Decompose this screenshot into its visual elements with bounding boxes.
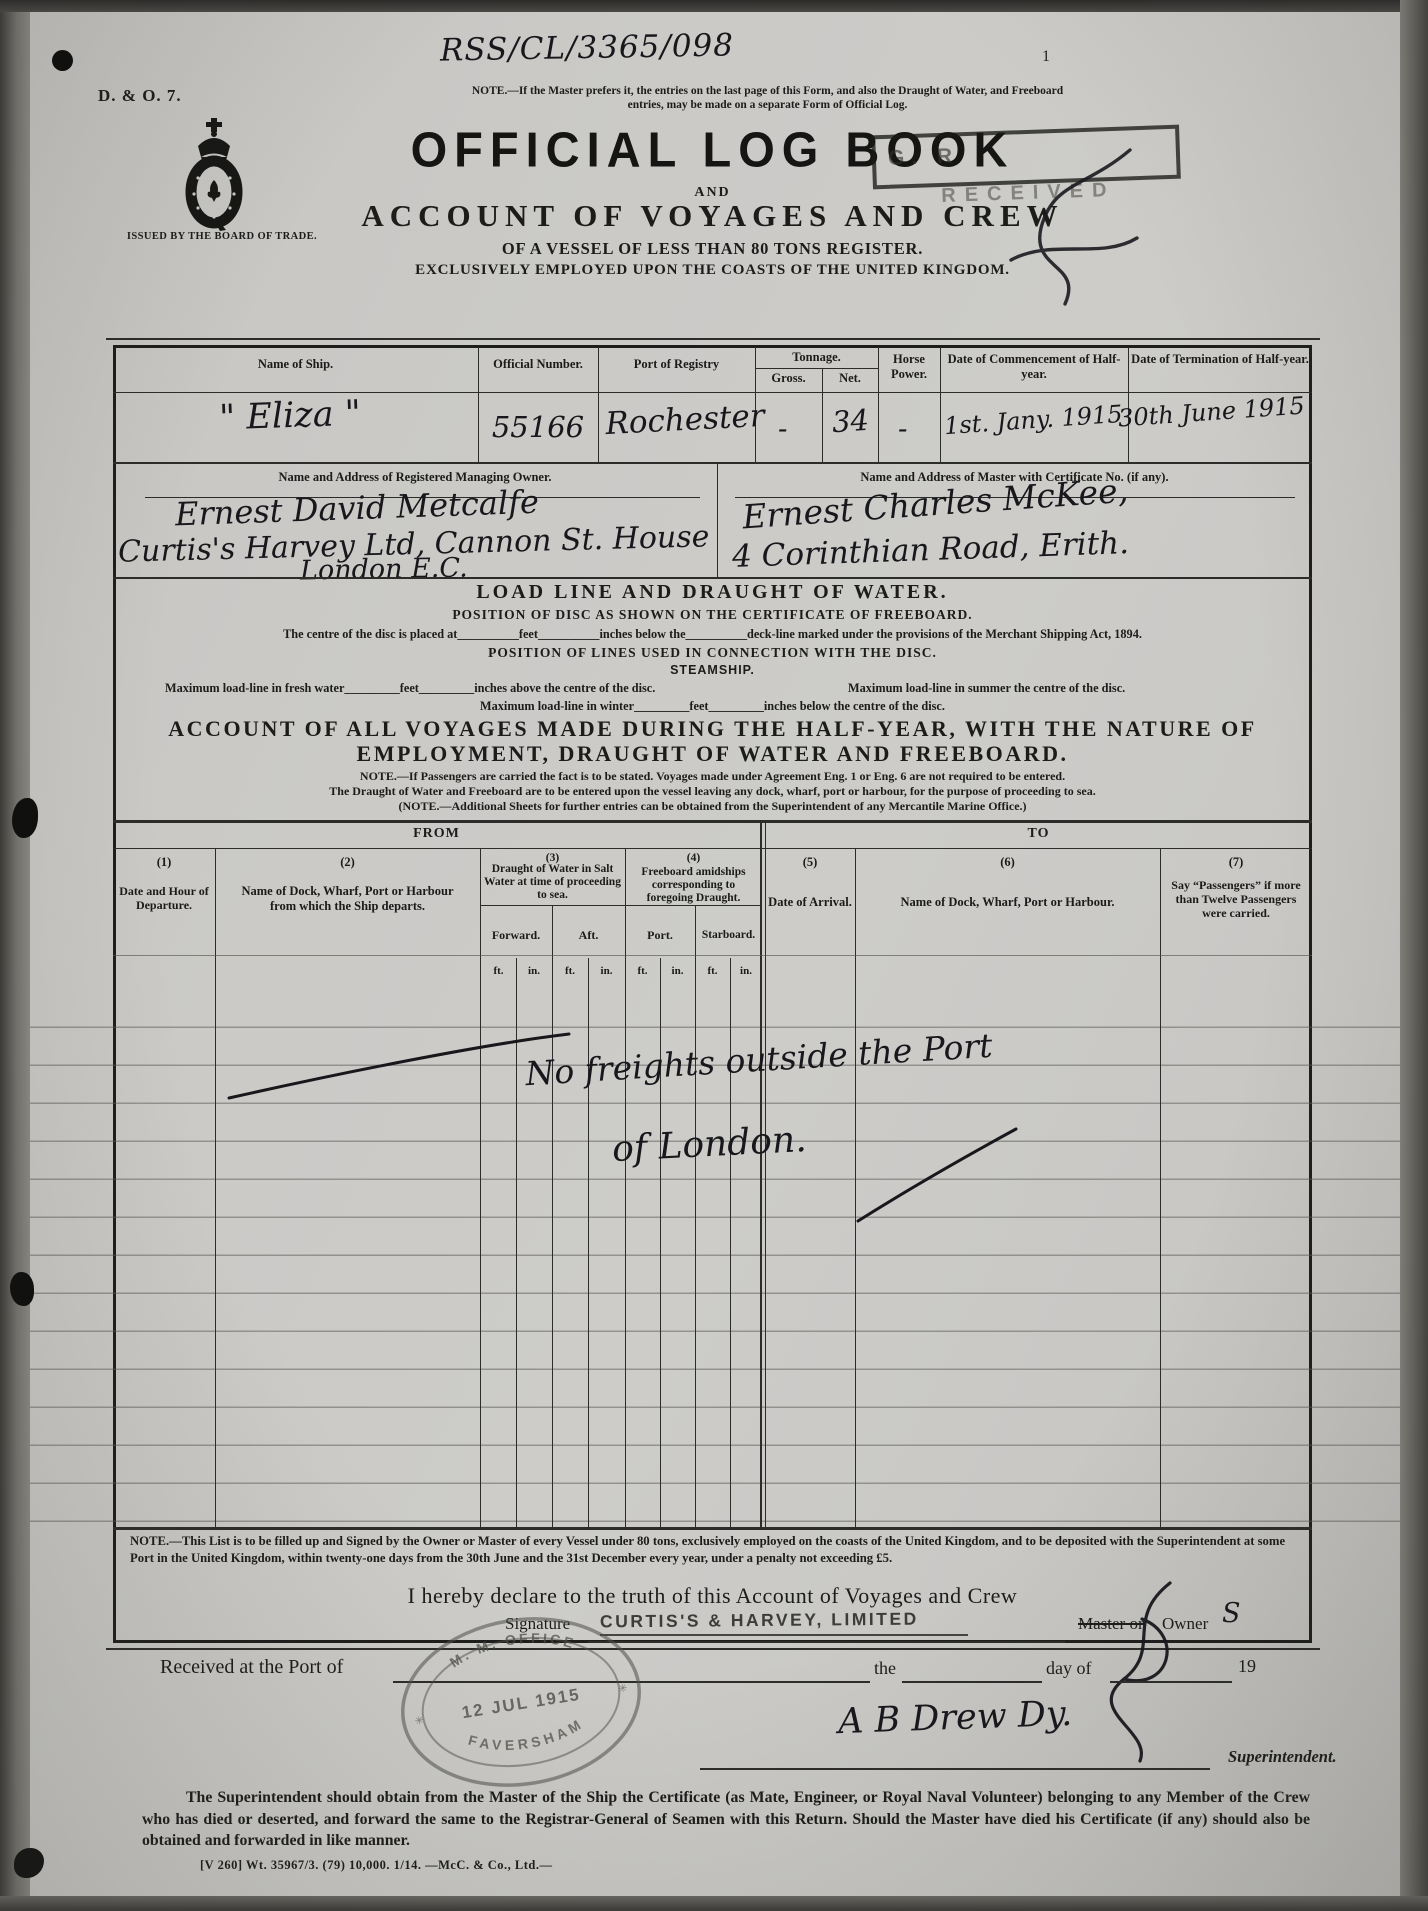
superintendent-instructions: The Superintendent should obtain from th…: [142, 1787, 1310, 1852]
col1-label: Date and Hour of Departure.: [117, 884, 211, 912]
value-gross-tonnage: -: [778, 412, 787, 445]
superintendent-label: Superintendent.: [1228, 1747, 1337, 1767]
col4-starboard-label: Starboard.: [695, 928, 762, 943]
col3-aft-in: in.: [589, 964, 624, 979]
from-band-label: FROM: [113, 826, 760, 842]
col-tonnage: Tonnage.: [755, 350, 878, 365]
col7-number: (7): [1160, 855, 1312, 870]
scan-edge-top: [0, 0, 1428, 12]
col3-forward-label: Forward.: [480, 928, 552, 943]
col3-forward-ft: ft.: [481, 964, 516, 979]
col-name-of-ship: Name of Ship.: [113, 357, 478, 372]
voyages-note-2: The Draught of Water and Freeboard are t…: [113, 784, 1312, 799]
loadline-steamship: STEAMSHIP.: [113, 663, 1312, 677]
loadline-position-lines: POSITION OF LINES USED IN CONNECTION WIT…: [113, 645, 1312, 661]
col4-port-ft: ft.: [626, 964, 659, 979]
col1-number: (1): [113, 855, 215, 870]
col4-port-label: Port.: [625, 928, 695, 943]
col4-port-in: in.: [661, 964, 694, 979]
to-band-label: TO: [765, 826, 1312, 842]
col-official-number: Official Number.: [478, 357, 598, 372]
top-note: NOTE.—If the Master prefers it, the entr…: [455, 84, 1080, 112]
page-number: 1: [1042, 48, 1050, 66]
col4-starboard-in: in.: [731, 964, 761, 979]
catalog-reference: RSS/CL/3365/098: [440, 27, 735, 68]
form-top-rule: [106, 338, 1320, 340]
received-year: 19: [1238, 1656, 1256, 1677]
loadline-title: LOAD LINE AND DRAUGHT OF WATER.: [113, 581, 1312, 604]
scan-edge-right: [1400, 0, 1428, 1911]
value-net-tonnage: 34: [831, 403, 870, 439]
form-code: D. & O. 7.: [98, 86, 182, 106]
master-or-label: Master or: [1078, 1614, 1144, 1634]
stamp-office-text: M. M. OFFICE: [444, 1621, 580, 1671]
col6-number: (6): [855, 855, 1160, 870]
voyages-note-3: (NOTE.—Additional Sheets for further ent…: [113, 799, 1312, 814]
stamp-date-text: 12 JUL 1915: [460, 1685, 581, 1723]
loadline-winter: Maximum load-line in winter_________feet…: [113, 699, 1312, 714]
loadline-fresh-water: Maximum load-line in fresh water________…: [165, 681, 655, 696]
ink-dash-before-entry: [225, 1030, 575, 1105]
deposit-note: NOTE.—This List is to be filled up and S…: [130, 1533, 1302, 1566]
svg-text:✳: ✳: [617, 1682, 628, 1695]
col7-label: Say “Passengers” if more than Twelve Pas…: [1168, 878, 1304, 920]
owner-suffix-handwritten: S: [1222, 1598, 1241, 1629]
col4-label: Freeboard amidships corresponding to for…: [628, 866, 759, 904]
col4-starboard-ft: ft.: [696, 964, 729, 979]
owner-word-label: Owner: [1162, 1614, 1208, 1634]
col3-aft-label: Aft.: [552, 928, 625, 943]
col5-label: Date of Arrival.: [765, 895, 855, 910]
received-day-of: day of: [1046, 1658, 1091, 1679]
owner-label: Name and Address of Registered Managing …: [113, 470, 717, 485]
col-port-of-registry: Port of Registry: [598, 357, 755, 372]
voyages-note-1: NOTE.—If Passengers are carried the fact…: [113, 769, 1312, 784]
ink-dash-after-entry: [852, 1125, 1022, 1225]
col-net: Net.: [822, 371, 878, 386]
printer-imprint: [V 260] Wt. 35967/3. (79) 10,000. 1/14. …: [200, 1858, 552, 1873]
loadline-position-disc: POSITION OF DISC AS SHOWN ON THE CERTIFI…: [113, 607, 1312, 623]
voyages-heading-2: EMPLOYMENT, DRAUGHT OF WATER AND FREEBOA…: [113, 741, 1312, 767]
col2-number: (2): [215, 855, 480, 870]
superintendent-signature: A B Drew Dy.: [837, 1694, 1072, 1742]
value-official-number: 55166: [478, 410, 598, 444]
col-termination: Date of Termination of Half-year.: [1128, 352, 1312, 367]
voyages-heading-1: ACCOUNT OF ALL VOYAGES MADE DURING THE H…: [113, 716, 1312, 742]
loadline-summer: Maximum load-line in summer the centre o…: [848, 681, 1125, 696]
value-horse-power: -: [898, 412, 907, 445]
owner-signature-stamp: CURTIS'S & HARVEY, LIMITED: [600, 1609, 919, 1633]
loadline-centre-line: The centre of the disc is placed at_____…: [113, 627, 1312, 642]
col-commencement: Date of Commencement of Half-year.: [940, 352, 1128, 382]
scan-edge-left: [0, 0, 30, 1911]
col-gross: Gross.: [755, 371, 822, 386]
col2-label: Name of Dock, Wharf, Port or Harbour fro…: [228, 884, 467, 914]
col3-forward-in: in.: [517, 964, 551, 979]
received-the: the: [874, 1658, 896, 1679]
svg-text:✳: ✳: [414, 1714, 425, 1727]
col3-aft-ft: ft.: [553, 964, 587, 979]
punch-hole: [52, 50, 73, 71]
ink-flourish-title: [925, 142, 1145, 312]
scanned-document: RSS/CL/3365/098 1 D. & O. 7. NOTE.—If th…: [0, 0, 1428, 1911]
col4-number: (4): [625, 851, 762, 866]
scan-edge-bottom: [0, 1896, 1428, 1911]
svg-text:M. M. OFFICE: M. M. OFFICE: [444, 1621, 580, 1671]
received-prefix: Received at the Port of: [160, 1656, 343, 1679]
col5-number: (5): [765, 855, 855, 870]
col-horse-power: Horse Power.: [878, 352, 940, 382]
col6-label: Name of Dock, Wharf, Port or Harbour.: [870, 895, 1145, 910]
col3-label: Draught of Water in Salt Water at time o…: [483, 863, 622, 901]
